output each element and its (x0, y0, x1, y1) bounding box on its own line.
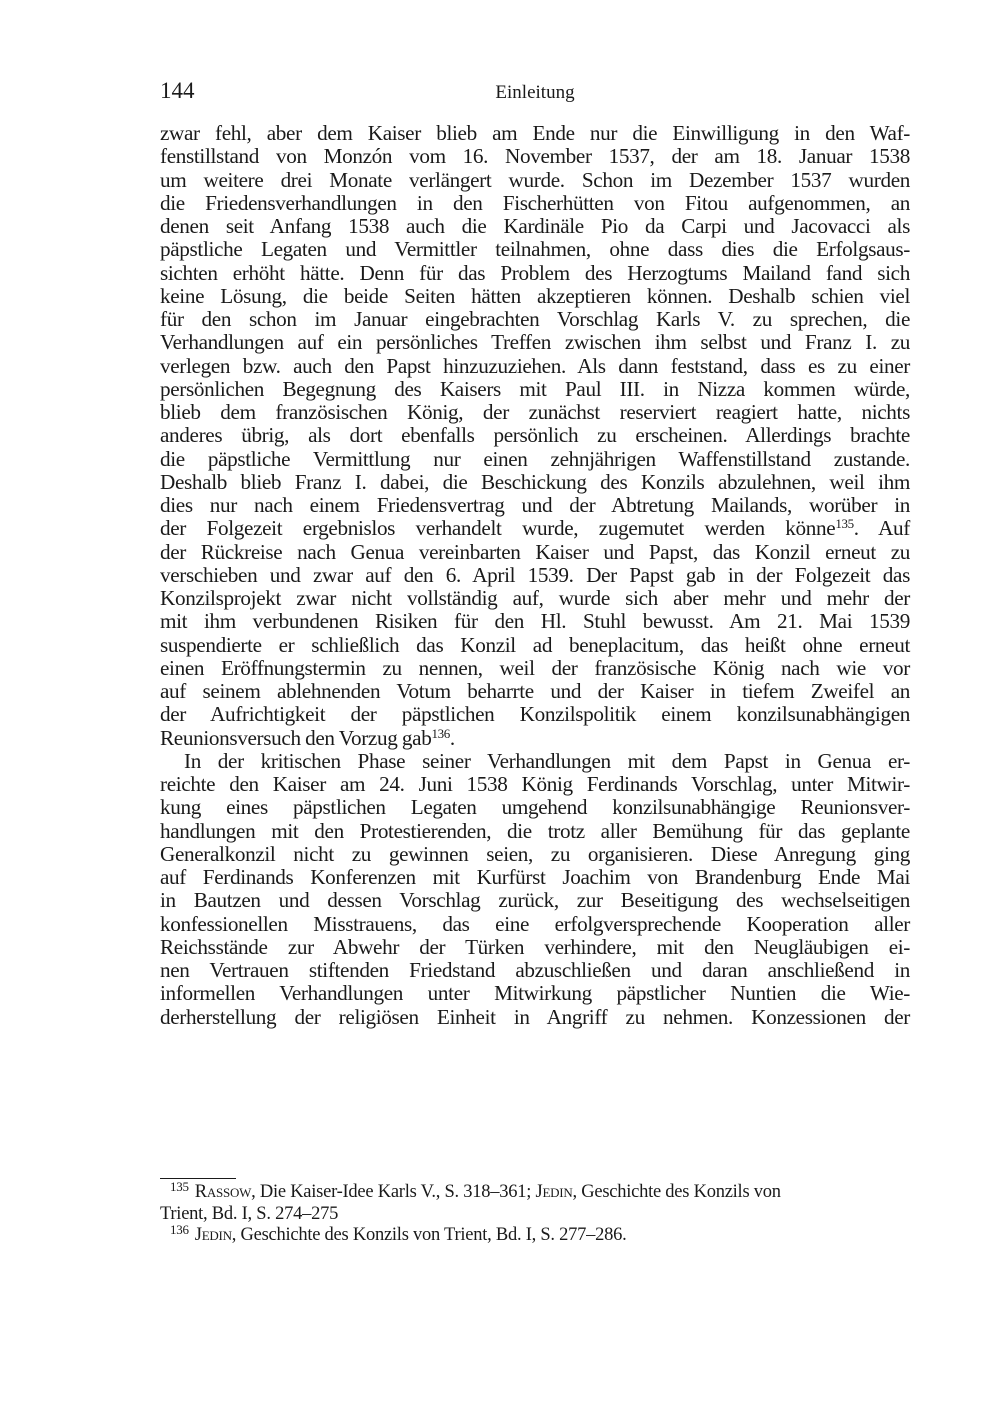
text-line-with-footnote-ref: der Folgezeit ergebnislos verhandelt wur… (160, 517, 910, 540)
footnote-text: , Geschichte des Konzils von Trient, Bd.… (232, 1225, 627, 1245)
footnote-number: 136 (170, 1222, 189, 1237)
book-page: 144 Einleitung zwar fehl, aber dem Kaise… (0, 0, 1004, 1418)
text-line-paragraph-end: Reunionsversuch den Vorzug gab136. (160, 727, 910, 750)
text-segment: . Auf (854, 516, 910, 540)
text-line: verlegen bzw. auch den Papst hinzuzuzieh… (160, 355, 910, 378)
text-line: Verhandlungen auf ein persönliches Treff… (160, 331, 910, 354)
text-line: päpstliche Legaten und Vermittler teilna… (160, 238, 910, 261)
running-title: Einleitung (160, 82, 910, 104)
text-line: konfessionellen Misstrauens, das eine er… (160, 913, 910, 936)
running-head: 144 Einleitung (160, 78, 910, 108)
text-line: Konzilsprojekt zwar nicht vollständig au… (160, 587, 910, 610)
text-line: auf seinem ablehnenden Votum beharrte un… (160, 680, 910, 703)
text-line: denen seit Anfang 1538 auch die Kardinäl… (160, 215, 910, 238)
footnotes: 135Rassow, Die Kaiser-Idee Karls V., S. … (160, 1182, 910, 1247)
text-line: handlungen mit den Protestierenden, die … (160, 820, 910, 843)
text-line: derherstellung der religiösen Einheit in… (160, 1006, 910, 1029)
text-line: sichten erhöht hätte. Denn für das Probl… (160, 262, 910, 285)
text-line: Deshalb blieb Franz I. dabei, die Beschi… (160, 471, 910, 494)
text-line: reichte den Kaiser am 24. Juni 1538 Köni… (160, 773, 910, 796)
text-line: Reichsstände zur Abwehr der Türken verhi… (160, 936, 910, 959)
text-line: Generalkonzil nicht zu gewinnen seien, z… (160, 843, 910, 866)
text-line: kung eines päpstlichen Legaten umgehend … (160, 796, 910, 819)
text-segment: der Folgezeit ergebnislos verhandelt wur… (160, 516, 835, 540)
text-line: die päpstliche Vermittlung nur einen zeh… (160, 448, 910, 471)
text-line: keine Lösung, die beide Seiten hätten ak… (160, 285, 910, 308)
text-line: informellen Verhandlungen unter Mitwirku… (160, 982, 910, 1005)
footnote-author: Rassow (195, 1182, 251, 1202)
text-line: suspendierte er schließlich das Konzil a… (160, 634, 910, 657)
footnote-135-continuation: Trient, Bd. I, S. 274–275 (160, 1204, 910, 1226)
text-line: fenstillstand von Monzón vom 16. Novembe… (160, 145, 910, 168)
footnote-136: 136Jedin, Geschichte des Konzils von Tri… (160, 1225, 910, 1247)
footnote-ref-136[interactable]: 136 (431, 726, 449, 741)
footnote-ref-135[interactable]: 135 (835, 516, 853, 531)
footnote-135: 135Rassow, Die Kaiser-Idee Karls V., S. … (160, 1182, 910, 1204)
text-line: blieb dem französischen König, der zunäc… (160, 401, 910, 424)
text-segment: . (450, 726, 455, 750)
text-segment: Reunionsversuch den Vorzug gab (160, 726, 431, 750)
text-line-paragraph-start: In der kritischen Phase seiner Verhandlu… (160, 750, 910, 773)
footnote-number: 135 (170, 1179, 189, 1194)
body-text: zwar fehl, aber dem Kaiser blieb am Ende… (160, 122, 910, 1029)
text-line: um weitere drei Monate verlängert wurde.… (160, 169, 910, 192)
text-line: für den schon im Januar eingebrachten Vo… (160, 308, 910, 331)
text-line: einen Eröffnungstermin zu nennen, weil d… (160, 657, 910, 680)
footnote-text: , Geschichte des Konzils von (573, 1182, 781, 1202)
text-line: auf Ferdinands Konferenzen mit Kurfürst … (160, 866, 910, 889)
text-line: verschieben und zwar auf den 6. April 15… (160, 564, 910, 587)
footnote-author: Jedin (536, 1182, 573, 1202)
text-line: zwar fehl, aber dem Kaiser blieb am Ende… (160, 122, 910, 145)
text-line: persönlichen Begegnung des Kaisers mit P… (160, 378, 910, 401)
text-line: anderes übrig, als dort ebenfalls persön… (160, 424, 910, 447)
footnote-author: Jedin (195, 1225, 232, 1245)
text-line: die Friedensverhandlungen in den Fischer… (160, 192, 910, 215)
text-line: mit ihm verbundenen Risiken für den Hl. … (160, 610, 910, 633)
text-line: dies nur nach einem Friedensvertrag und … (160, 494, 910, 517)
text-line: der Rückreise nach Genua vereinbarten Ka… (160, 541, 910, 564)
text-line: der Aufrichtigkeit der päpstlichen Konzi… (160, 703, 910, 726)
text-line: nen Vertrauen stiftenden Friedstand abzu… (160, 959, 910, 982)
text-line: in Bautzen und dessen Vorschlag zurück, … (160, 889, 910, 912)
footnote-text: , Die Kaiser-Idee Karls V., S. 318–361; (251, 1182, 535, 1202)
